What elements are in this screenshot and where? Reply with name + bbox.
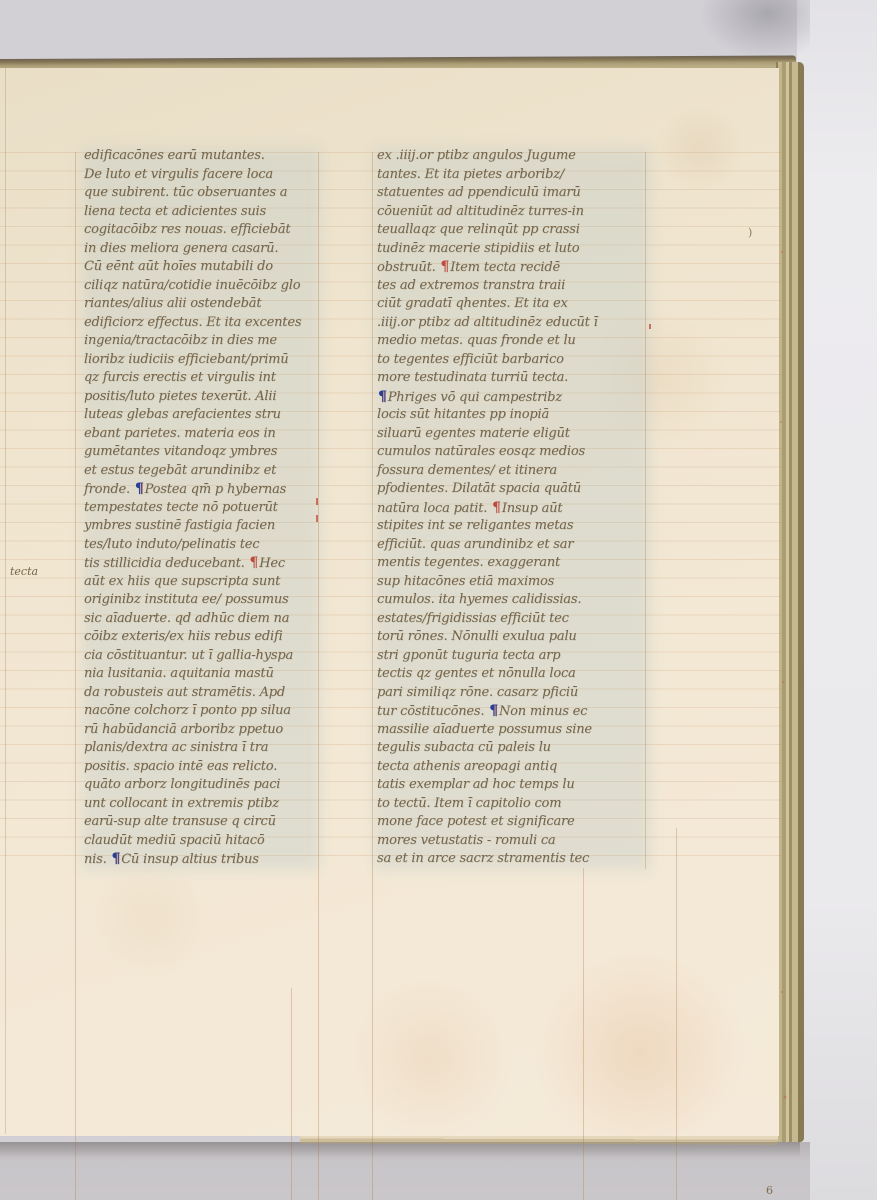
manuscript-text-line: fossura dementes/ et itinera [377, 462, 652, 481]
manuscript-text-line: tegulis subacta cū paleis lu [377, 739, 652, 758]
manuscript-text-line: tantes. Et ita pietes arboribz/ [377, 166, 652, 185]
manuscript-text-line: cōueniūt ad altitudinēz turres-in [377, 203, 652, 222]
manuscript-text-line: cia cōstituantur. ut ī gallia-hyspa [84, 647, 324, 666]
manuscript-text-line: tatis exemplar ad hoc temps lu [377, 776, 652, 795]
manuscript-text-line: fronde. ¶Postea qm̄ p hybernas [84, 480, 324, 499]
manuscript-text-line: nis. ¶Cū insup altius tribus [84, 850, 324, 869]
red-tick-mark [316, 515, 318, 522]
manuscript-text-line: ¶Phriges vō qui campestribz [377, 388, 652, 407]
paraph-mark: ¶ [249, 555, 260, 571]
manuscript-text-line: massilie aīaduerte possumus sine [377, 721, 652, 740]
vertical-ruling [291, 988, 292, 1200]
vertical-ruling [372, 152, 373, 1200]
manuscript-text-line: to tectū. Item ī capitolio com [377, 795, 652, 814]
manuscript-text-line: tectis qz gentes et nōnulla loca [377, 665, 652, 684]
manuscript-text-line: da robusteis aut stramētis. Apd [84, 684, 324, 703]
vertical-ruling [75, 152, 76, 1200]
manuscript-text-line: efficiūt. quas arundinibz et sar [377, 536, 652, 555]
text-column-left: edificacōnes earū mutantes.De luto et vi… [84, 147, 324, 869]
background-right [797, 0, 877, 1200]
manuscript-text-line: ingenia/tractacōibz in dies me [84, 332, 324, 351]
manuscript-text-line: originibz instituta ee/ possumus [84, 591, 324, 610]
red-tick-mark [649, 324, 651, 329]
manuscript-text-line: tis stillicidia deducebant. ¶Hec [84, 554, 324, 573]
paraph-mark: ¶ [134, 481, 145, 497]
manuscript-text-line: stipites int se religantes metas [377, 517, 652, 536]
corner-quire-mark: 6 [766, 1184, 773, 1197]
manuscript-text-line: more testudinata turriū tecta. [377, 369, 652, 388]
manuscript-text-line: obstruūt. ¶Item tecta recidē [377, 258, 652, 277]
red-tick-mark [316, 498, 318, 505]
manuscript-text-line: cōibz exteris/ex hiis rebus edifi [84, 628, 324, 647]
manuscript-text-line: mentis tegentes. exaggerant [377, 554, 652, 573]
book-drop-shadow [0, 1142, 800, 1158]
manuscript-text-line: earū-sup alte transuse q circū [84, 813, 324, 832]
manuscript-text-line: tudinēz macerie stipidiis et luto [377, 240, 652, 259]
manuscript-text-line: riantes/alius alii ostendebāt [84, 295, 324, 314]
manuscript-text-line: gumētantes vitandoqz ymbres [84, 443, 324, 462]
manuscript-text-line: De luto et virgulis facere loca [84, 166, 324, 185]
manuscript-text-line: pari similiqz rōne. casarz pficiū [377, 684, 652, 703]
right-margin-mark: ) [748, 226, 752, 239]
manuscript-text-line: siluarū egentes materie eligūt [377, 425, 652, 444]
manuscript-text-line: planis/dextra ac sinistra ī tra [84, 739, 324, 758]
manuscript-text-line: locis sūt hitantes pp inopiā [377, 406, 652, 425]
manuscript-text-line: stri gponūt tuguria tecta arp [377, 647, 652, 666]
manuscript-text-line: sa et in arce sacrz stramentis tec [377, 850, 652, 869]
manuscript-text-line: cumulos. ita hyemes calidissias. [377, 591, 652, 610]
text-column-right: ex .iiij.or ptibz angulos Jugumetantes. … [377, 147, 652, 869]
manuscript-text-line: que subirent. tūc obseruantes a [84, 184, 324, 203]
manuscript-text-line: teuallaqz que relinqūt pp crassi [377, 221, 652, 240]
paraph-mark: ¶ [491, 500, 502, 516]
paraph-mark: ¶ [488, 703, 499, 719]
manuscript-text-line: aūt ex hiis que supscripta sunt [84, 573, 324, 592]
manuscript-text-line: ymbres sustinē fastigia facien [84, 517, 324, 536]
manuscript-text-line: claudūt mediū spaciū hitacō [84, 832, 324, 851]
manuscript-text-line: .iiij.or ptibz ad altitudinēz educūt ī [377, 314, 652, 333]
manuscript-text-line: mone face potest et significare [377, 813, 652, 832]
vellum-page: edificacōnes earū mutantes.De luto et vi… [0, 68, 779, 1136]
manuscript-text-line: lioribz iudiciis efficiebant/primū [84, 351, 324, 370]
paraph-mark: ¶ [110, 851, 121, 867]
manuscript-text-line: statuentes ad ppendiculū imarū [377, 184, 652, 203]
manuscript-text-line: luteas glebas arefacientes stru [84, 406, 324, 425]
manuscript-text-line: liena tecta et adicientes suis [84, 203, 324, 222]
margin-note: tecta [10, 565, 38, 578]
manuscript-text-line: et estus tegebāt arundinibz et [84, 462, 324, 481]
manuscript-text-line: pfodientes. Dilatāt spacia quātū [377, 480, 652, 499]
manuscript-text-line: estates/frigidissias efficiūt tec [377, 610, 652, 629]
manuscript-text-line: qz furcis erectis et virgulis int [84, 369, 324, 388]
manuscript-text-line: edificiorz effectus. Et ita excentes [84, 314, 324, 333]
paraph-mark: ¶ [440, 259, 451, 275]
manuscript-photo: edificacōnes earū mutantes.De luto et vi… [0, 0, 877, 1200]
manuscript-text-line: Cū eēnt aūt hoīes mutabili do [84, 258, 324, 277]
manuscript-text-line: sup hitacōnes etiā maximos [377, 573, 652, 592]
manuscript-text-line: tes/luto induto/pelinatis tec [84, 536, 324, 555]
manuscript-text-line: mores vetustatis - romuli ca [377, 832, 652, 851]
manuscript-text-line: tes ad extremos transtra traii [377, 277, 652, 296]
manuscript-text-line: to tegentes efficiūt barbarico [377, 351, 652, 370]
manuscript-text-line: in dies meliora genera casarū. [84, 240, 324, 259]
paraph-mark: ¶ [377, 389, 388, 405]
manuscript-text-line: tempestates tecte nō potuerūt [84, 499, 324, 518]
manuscript-text-line: cogitacōibz res nouas. efficiebāt [84, 221, 324, 240]
manuscript-text-line: torū rōnes. Nōnulli exulua palu [377, 628, 652, 647]
manuscript-text-line: rū habūdanciā arboribz ppetuo [84, 721, 324, 740]
manuscript-text-line: edificacōnes earū mutantes. [84, 147, 324, 166]
manuscript-text-line: quāto arborz longitudinēs paci [84, 776, 324, 795]
manuscript-text-line: unt collocant in extremis ptibz [84, 795, 324, 814]
manuscript-text-line: ebant parietes. materia eos in [84, 425, 324, 444]
manuscript-text-line: ciliqz natūra/cotidie inuēcōibz glo [84, 277, 324, 296]
vertical-ruling [676, 828, 677, 1200]
manuscript-text-line: medio metas. quas fronde et lu [377, 332, 652, 351]
manuscript-text-line: natūra loca patit. ¶Insup aūt [377, 499, 652, 518]
manuscript-text-line: positis/luto pietes texerūt. Alii [84, 388, 324, 407]
manuscript-text-line: nacōne colchorz ī ponto pp silua [84, 702, 324, 721]
manuscript-text-line: tur cōstitucōnes. ¶Non minus ec [377, 702, 652, 721]
manuscript-text-line: sic aīaduerte. qd adhūc diem na [84, 610, 324, 629]
manuscript-text-line: tecta athenis areopagi antiq [377, 758, 652, 777]
vertical-ruling [583, 868, 584, 1200]
manuscript-text-line: nia lusitania. aquitania mastū [84, 665, 324, 684]
manuscript-text-line: ciūt gradatī qhentes. Et ita ex [377, 295, 652, 314]
manuscript-text-line: ex .iiij.or ptibz angulos Jugume [377, 147, 652, 166]
manuscript-text-line: positis. spacio intē eas relicto. [84, 758, 324, 777]
manuscript-text-line: cumulos natūrales eosqz medios [377, 443, 652, 462]
